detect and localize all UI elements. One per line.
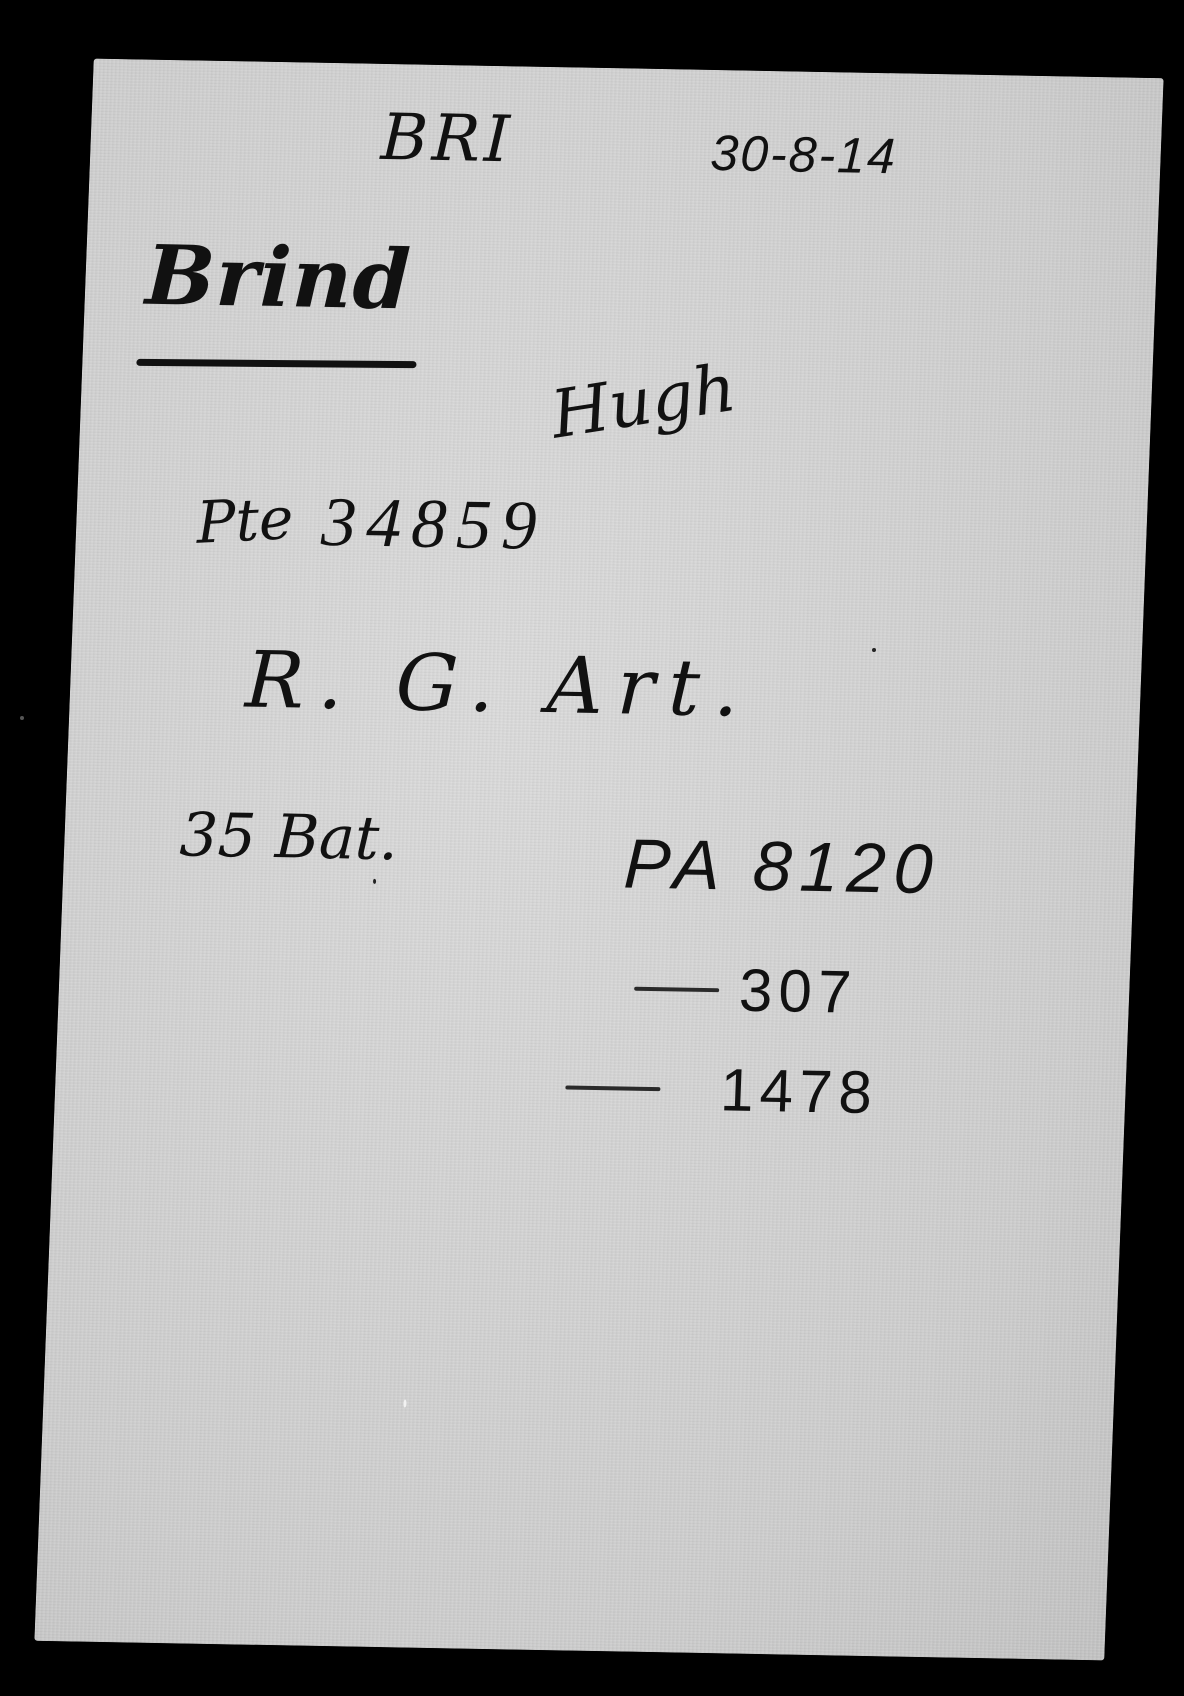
service-number: 34859 bbox=[320, 488, 548, 562]
paper-mark bbox=[403, 1400, 406, 1408]
surname-underline bbox=[136, 359, 416, 368]
reference-number: 1478 bbox=[719, 1060, 879, 1123]
paper-speck bbox=[373, 879, 376, 884]
unit: R. G. Art. bbox=[244, 642, 754, 729]
reference-dash bbox=[634, 987, 719, 993]
paper-speck bbox=[872, 648, 876, 652]
surname: Brind bbox=[144, 235, 413, 322]
reference-dash bbox=[565, 1085, 660, 1091]
reference-number: 307 bbox=[738, 961, 858, 1023]
header-date: 30-8-14 bbox=[710, 128, 898, 181]
reference-row: 1478 bbox=[564, 1057, 879, 1123]
reference-row: 307 bbox=[633, 959, 858, 1023]
rank: Pte bbox=[196, 489, 295, 552]
pa-number: PA 8120 bbox=[623, 828, 942, 904]
scan-frame: BRI 30-8-14 Brind Hugh Pte 34859 R. G. A… bbox=[0, 0, 1184, 1696]
given-name: Hugh bbox=[548, 355, 740, 449]
battalion: 35 Bat. bbox=[179, 805, 400, 869]
header-code: BRI bbox=[380, 106, 515, 172]
index-card: BRI 30-8-14 Brind Hugh Pte 34859 R. G. A… bbox=[34, 59, 1163, 1661]
frame-speck bbox=[20, 716, 24, 720]
